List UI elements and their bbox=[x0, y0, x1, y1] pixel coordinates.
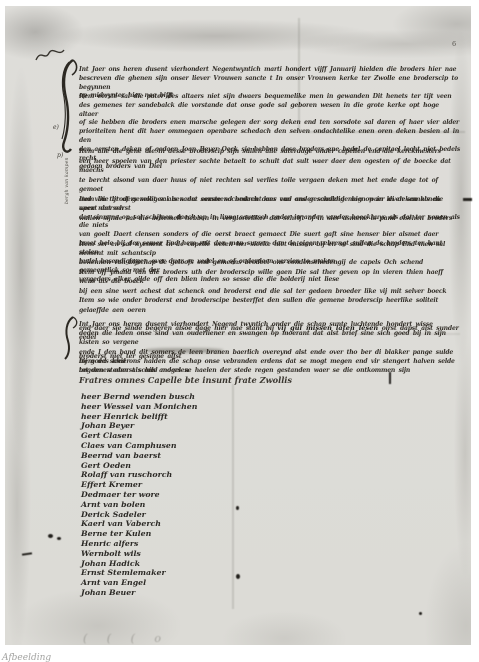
manuscript-photo: bergh van kampen e) p) 6 Int Jaer ons he… bbox=[5, 6, 471, 645]
list-item: Wernbolt wils bbox=[81, 549, 301, 559]
pencil-marks: ( ( ( o bbox=[83, 632, 169, 645]
list-item: heer Bernd wenden busch bbox=[81, 392, 301, 402]
list-item: Johan Beuer bbox=[81, 588, 301, 598]
list-item: Johan Beyer bbox=[81, 421, 301, 431]
list-item: Henric alfers bbox=[81, 539, 301, 549]
list-item: Dedmaer ter wore bbox=[81, 490, 301, 500]
top-right-mark: 6 bbox=[452, 40, 456, 48]
decorated-initial-first bbox=[55, 56, 81, 156]
names-list: heer Bernd wenden buschheer Wessel van M… bbox=[81, 392, 301, 598]
fratres-heading: Fratres omnes Capelle bte insunt frate Z… bbox=[79, 375, 379, 385]
list-item: Berne ter Kulen bbox=[81, 529, 301, 539]
list-item: Ernst Stemlemaker bbox=[81, 568, 301, 578]
list-item: Arnt van bolen bbox=[81, 500, 301, 510]
list-item: Gert Clasen bbox=[81, 431, 301, 441]
list-item: Derick Sadeler bbox=[81, 510, 301, 520]
margin-mark-e: e) bbox=[53, 124, 59, 131]
decorated-initial-second bbox=[59, 314, 81, 362]
list-item: Gert Oeden bbox=[81, 461, 301, 471]
list-item: heer Henrick belifft bbox=[81, 412, 301, 422]
ink-dot bbox=[48, 534, 53, 538]
ink-dash bbox=[22, 552, 32, 555]
margin-note: bergh van kampen bbox=[65, 146, 70, 204]
right-edge-dash bbox=[463, 198, 472, 201]
list-item: heer Wessel van Monichen bbox=[81, 402, 301, 412]
vertical-tick bbox=[389, 372, 391, 384]
list-item: Rolaff van ruschorch bbox=[81, 470, 301, 480]
paragraph-9: Item des leed ons halden die schap onse … bbox=[79, 357, 461, 375]
list-item: Claes van Camphusen bbox=[81, 441, 301, 451]
paragraph-7-line-1: Item so wie onder broderst end brodersci… bbox=[79, 296, 461, 315]
ink-dot bbox=[236, 574, 240, 579]
margin-mark-p: p) bbox=[57, 152, 63, 159]
list-item: Kaerl van Vaberch bbox=[81, 519, 301, 529]
caption: Afbeelding bbox=[2, 653, 51, 662]
ink-smear bbox=[145, 348, 223, 353]
scanned-page: bergh van kampen e) p) 6 Int Jaer ons he… bbox=[0, 0, 479, 662]
list-item: Effert Kremer bbox=[81, 480, 301, 490]
list-item: Johan Hadick bbox=[81, 559, 301, 569]
ink-dot bbox=[419, 612, 422, 615]
list-item: Beernd van baerst bbox=[81, 451, 301, 461]
ink-dot bbox=[57, 537, 61, 540]
list-item: Arnt van Engel bbox=[81, 578, 301, 588]
ink-dot bbox=[236, 506, 239, 510]
